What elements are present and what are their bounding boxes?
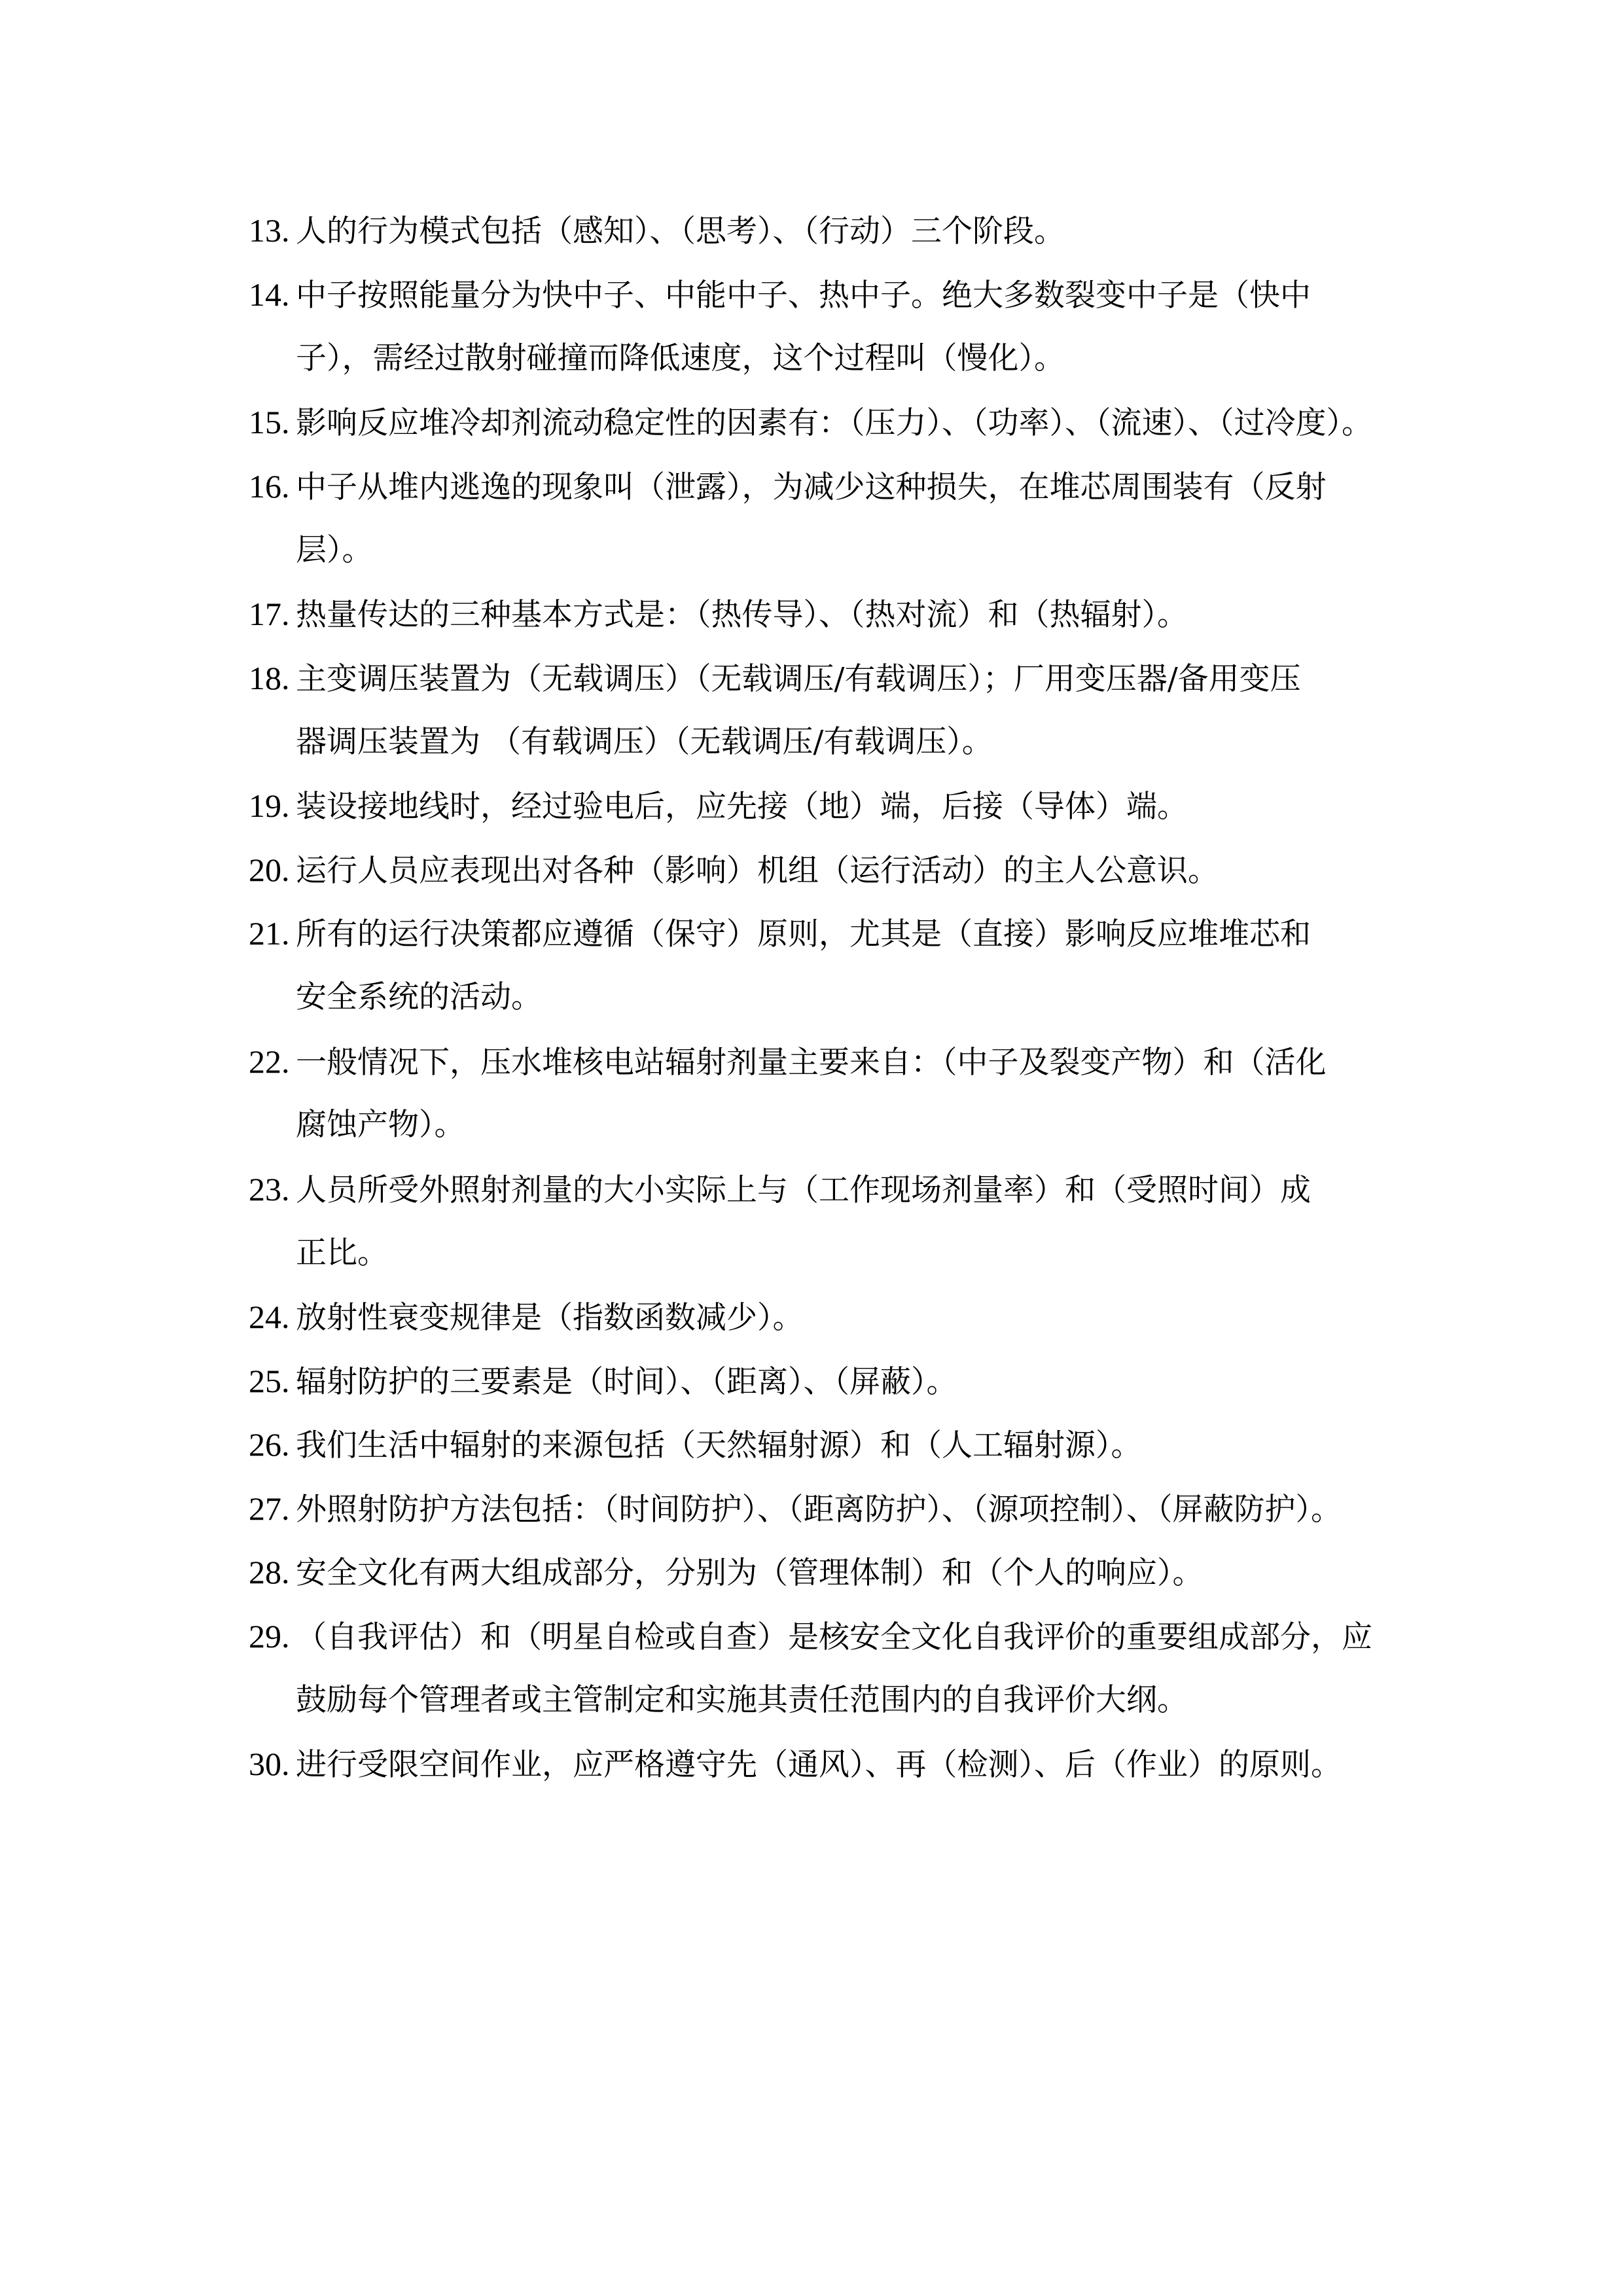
item-text: （自我评估）和（明星自检或自查）是核安全文化自我评价的重要组成部分，应 — [296, 1619, 1372, 1655]
list-item-14: 14.中子按照能量分为快中子、中能中子、热中子。绝大多数裂变中子是（快中 — [249, 275, 1311, 314]
item-text: 腐蚀产物）。 — [296, 1107, 465, 1143]
item-number: 24. — [249, 1297, 296, 1336]
list-item-23: 23.人员所受外照射剂量的大小实际上与（工作现场剂量率）和（受照时间）成 — [249, 1170, 1311, 1209]
item-number: 15. — [249, 403, 296, 442]
list-item-21-continuation: 安全系统的活动。 — [296, 978, 542, 1017]
list-item-13: 13.人的行为模式包括（感知）、（思考）、（行动）三个阶段。 — [249, 211, 1065, 250]
item-text: 层）。 — [296, 532, 373, 568]
list-item-20: 20.运行人员应表现出对各种（影响）机组（运行活动）的主人公意识。 — [249, 850, 1219, 889]
item-text: 安全系统的活动。 — [296, 979, 542, 1015]
list-item-30: 30.进行受限空间作业，应严格遵守先（通风）、再（检测）、后（作业）的原则。 — [249, 1744, 1342, 1784]
item-number: 23. — [249, 1170, 296, 1209]
list-item-19: 19.装设接地线时，经过验电后，应先接（地）端，后接（导体）端。 — [249, 786, 1188, 825]
list-item-16: 16.中子从堆内逃逸的现象叫（泄露），为减少这种损失，在堆芯周围装有（反射 — [249, 467, 1327, 506]
list-item-18: 18.主变调压装置为（无载调压）（无载调压/有载调压）；厂用变压器/备用变压 — [249, 658, 1301, 698]
list-item-17: 17.热量传达的三种基本方式是：（热传导）、（热对流）和（热辐射）。 — [249, 594, 1188, 634]
item-text: 中子按照能量分为快中子、中能中子、热中子。绝大多数裂变中子是（快中 — [296, 278, 1311, 314]
item-text: 鼓励每个管理者或主管制定和实施其责任范围内的自我评价大纲。 — [296, 1682, 1188, 1718]
item-number: 28. — [249, 1552, 296, 1592]
item-text: 器调压装置为 （有载调压）（无载调压/有载调压）。 — [296, 724, 993, 760]
item-text: 进行受限空间作业，应严格遵守先（通风）、再（检测）、后（作业）的原则。 — [296, 1747, 1342, 1783]
list-item-21: 21.所有的运行决策都应遵循（保守）原则，尤其是（直接）影响反应堆堆芯和 — [249, 914, 1311, 953]
list-item-16-continuation: 层）。 — [296, 531, 373, 570]
list-item-23-continuation: 正比。 — [296, 1234, 388, 1273]
item-number: 29. — [249, 1617, 296, 1656]
document-page: 13.人的行为模式包括（感知）、（思考）、（行动）三个阶段。 14.中子按照能量… — [0, 0, 1623, 2296]
item-text: 影响反应堆冷却剂流动稳定性的因素有：（压力）、（功率）、（流速）、（过冷度）。 — [296, 405, 1372, 441]
item-text: 一般情况下，压水堆核电站辐射剂量主要来自：（中子及裂变产物）和（活化 — [296, 1045, 1327, 1081]
list-item-27: 27.外照射防护方法包括：（时间防护）、（距离防护）、（源项控制）、（屏蔽防护）… — [249, 1489, 1342, 1528]
item-text: 子），需经过散射碰撞而降低速度，这个过程叫（慢化）。 — [296, 340, 1065, 376]
item-number: 22. — [249, 1042, 296, 1081]
item-number: 19. — [249, 786, 296, 825]
item-text: 热量传达的三种基本方式是：（热传导）、（热对流）和（热辐射）。 — [296, 597, 1188, 633]
item-text: 安全文化有两大组成部分，分别为（管理体制）和（个人的响应）。 — [296, 1555, 1204, 1591]
list-item-25: 25.辐射防护的三要素是（时间）、（距离）、（屏蔽）。 — [249, 1361, 957, 1401]
item-number: 18. — [249, 658, 296, 698]
list-item-24: 24.放射性衰变规律是（指数函数减少）。 — [249, 1297, 804, 1336]
list-item-14-continuation: 子），需经过散射碰撞而降低速度，这个过程叫（慢化）。 — [296, 339, 1065, 378]
item-number: 20. — [249, 850, 296, 889]
item-number: 27. — [249, 1489, 296, 1528]
item-text: 中子从堆内逃逸的现象叫（泄露），为减少这种损失，在堆芯周围装有（反射 — [296, 469, 1327, 505]
item-text: 运行人员应表现出对各种（影响）机组（运行活动）的主人公意识。 — [296, 853, 1219, 889]
item-text: 放射性衰变规律是（指数函数减少）。 — [296, 1300, 804, 1336]
item-number: 16. — [249, 467, 296, 506]
item-number: 14. — [249, 275, 296, 314]
item-number: 13. — [249, 211, 296, 250]
list-item-15: 15.影响反应堆冷却剂流动稳定性的因素有：（压力）、（功率）、（流速）、（过冷度… — [249, 403, 1372, 442]
list-item-29: 29.（自我评估）和（明星自检或自查）是核安全文化自我评价的重要组成部分，应 — [249, 1617, 1372, 1656]
item-text: 装设接地线时，经过验电后，应先接（地）端，后接（导体）端。 — [296, 789, 1188, 825]
item-text: 我们生活中辐射的来源包括（天然辐射源）和（人工辐射源）。 — [296, 1427, 1142, 1463]
list-item-22-continuation: 腐蚀产物）。 — [296, 1105, 465, 1145]
list-item-22: 22.一般情况下，压水堆核电站辐射剂量主要来自：（中子及裂变产物）和（活化 — [249, 1042, 1327, 1081]
item-number: 30. — [249, 1744, 296, 1784]
list-item-26: 26.我们生活中辐射的来源包括（天然辐射源）和（人工辐射源）。 — [249, 1425, 1142, 1464]
item-text: 外照射防护方法包括：（时间防护）、（距离防护）、（源项控制）、（屏蔽防护）。 — [296, 1492, 1342, 1528]
item-number: 21. — [249, 914, 296, 953]
item-text: 人的行为模式包括（感知）、（思考）、（行动）三个阶段。 — [296, 213, 1065, 249]
list-item-18-continuation: 器调压装置为 （有载调压）（无载调压/有载调压）。 — [296, 723, 993, 762]
item-text: 人员所受外照射剂量的大小实际上与（工作现场剂量率）和（受照时间）成 — [296, 1172, 1311, 1208]
item-number: 25. — [249, 1361, 296, 1401]
list-item-28: 28.安全文化有两大组成部分，分别为（管理体制）和（个人的响应）。 — [249, 1552, 1204, 1592]
item-number: 26. — [249, 1425, 296, 1464]
item-text: 所有的运行决策都应遵循（保守）原则，尤其是（直接）影响反应堆堆芯和 — [296, 916, 1311, 952]
list-item-29-continuation: 鼓励每个管理者或主管制定和实施其责任范围内的自我评价大纲。 — [296, 1681, 1188, 1720]
item-number: 17. — [249, 594, 296, 634]
item-text: 主变调压装置为（无载调压）（无载调压/有载调压）；厂用变压器/备用变压 — [296, 661, 1301, 697]
item-text: 辐射防护的三要素是（时间）、（距离）、（屏蔽）。 — [296, 1364, 957, 1400]
item-text: 正比。 — [296, 1235, 388, 1271]
